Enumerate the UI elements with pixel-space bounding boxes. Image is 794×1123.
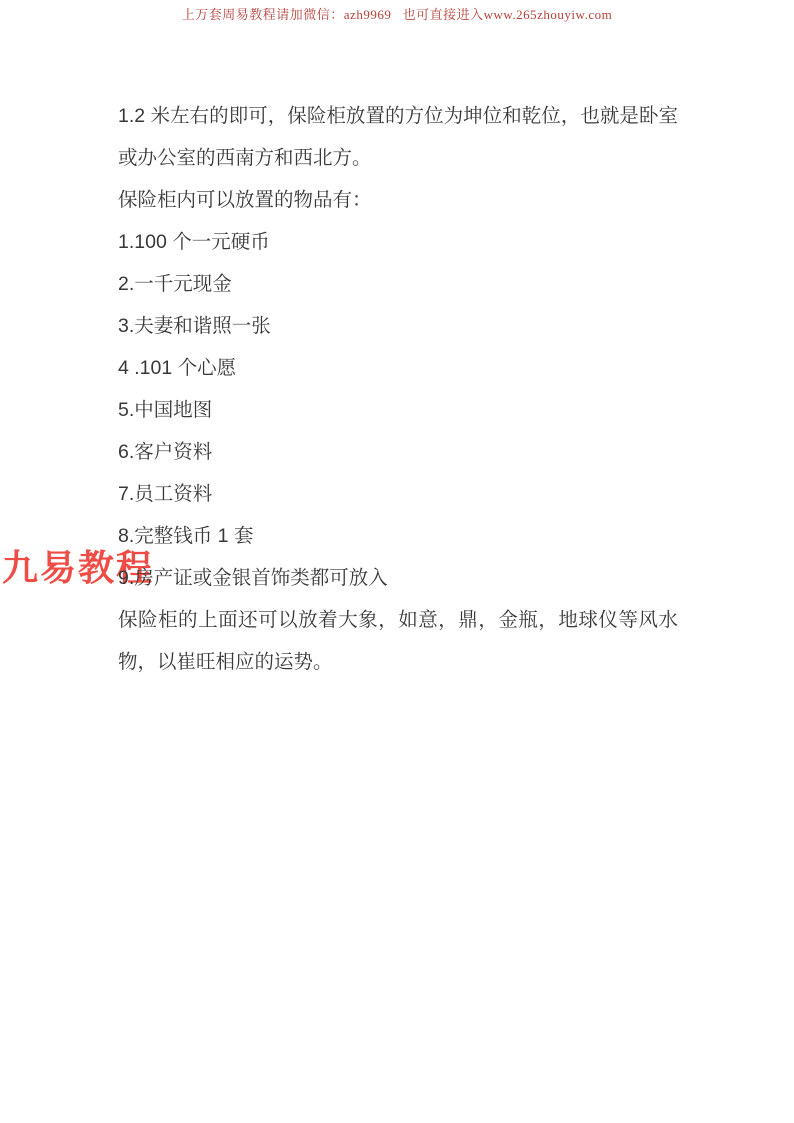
- list-item-3: 3.夫妻和谐照一张: [118, 305, 678, 347]
- page-header-promo-text: 上万套周易教程请加微信：azh9969 也可直接进入www.265zhouyiw…: [0, 4, 794, 23]
- document-body: 1.2 米左右的即可，保险柜放置的方位为坤位和乾位，也就是卧室或办公室的西南方和…: [118, 95, 678, 683]
- document-page: 上万套周易教程请加微信：azh9969 也可直接进入www.265zhouyiw…: [0, 0, 794, 1123]
- list-item-7: 7.员工资料: [118, 473, 678, 515]
- paragraph-closing: 保险柜的上面还可以放着大象，如意，鼎，金瓶，地球仪等风水物，以崔旺相应的运势。: [118, 599, 678, 683]
- list-item-9: 9.房产证或金银首饰类都可放入: [118, 557, 678, 599]
- list-item-1: 1.100 个一元硬币: [118, 221, 678, 263]
- paragraph-placement-intro: 1.2 米左右的即可，保险柜放置的方位为坤位和乾位，也就是卧室或办公室的西南方和…: [118, 95, 678, 179]
- list-item-2: 2.一千元现金: [118, 263, 678, 305]
- list-item-6: 6.客户资料: [118, 431, 678, 473]
- list-item-8: 8.完整钱币 1 套: [118, 515, 678, 557]
- list-item-4: 4 .101 个心愿: [118, 347, 678, 389]
- paragraph-items-heading: 保险柜内可以放置的物品有：: [118, 179, 678, 221]
- list-item-5: 5.中国地图: [118, 389, 678, 431]
